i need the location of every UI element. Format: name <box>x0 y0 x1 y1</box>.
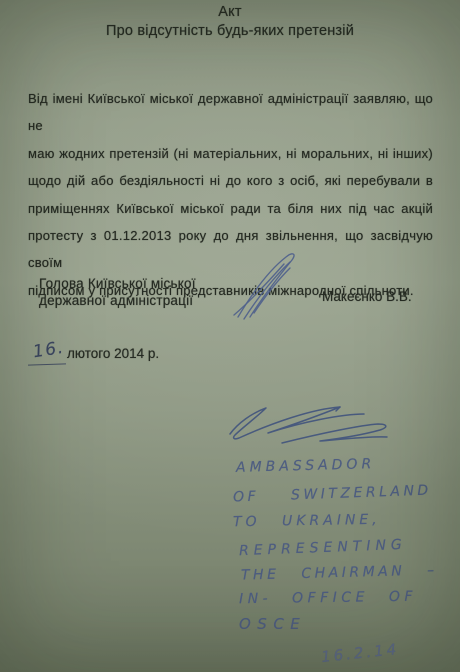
note-line: OF SWITZERLAND <box>233 483 432 506</box>
signatory-role-line-2: державної адміністрації <box>39 292 196 309</box>
body-line: маю жодних претензій (ні матеріальних, н… <box>28 140 433 167</box>
body-line: щодо дій або бездіяльності ні до кого з … <box>28 167 433 194</box>
handwritten-date: 16.2.14 <box>320 640 400 666</box>
note-line: THE CHAIRMAN – <box>241 562 438 583</box>
signature-ambassador <box>220 398 405 453</box>
note-line: REPRESENTING <box>239 537 407 559</box>
note-line: TO UKRAINE, <box>233 512 381 531</box>
signatory-role: Голова Київської міської державної адмін… <box>39 275 196 309</box>
signatory-name: Макеєнко В.В. <box>322 289 412 304</box>
date-printed: лютого 2014 р. <box>67 346 159 361</box>
body-line: Від імені Київської міської державної ад… <box>28 85 433 140</box>
title-line-2: Про відсутність будь-яких претензій <box>0 22 460 41</box>
document-title: Акт Про відсутність будь-яких претензій <box>0 3 460 40</box>
day-underline <box>28 363 66 365</box>
body-line: приміщеннях Київської міської ради та бі… <box>28 195 433 222</box>
signatory-role-line-1: Голова Київської міської <box>39 275 196 292</box>
document-photo: Акт Про відсутність будь-яких претензій … <box>0 0 460 672</box>
title-line-1: Акт <box>0 3 460 22</box>
handwritten-day: 16. <box>32 338 66 363</box>
note-line: OSCE <box>239 615 306 633</box>
note-line: AMBASSADOR <box>236 456 376 476</box>
signature-makeyenko <box>226 251 310 325</box>
note-line: IN- OFFICE OF <box>239 589 417 607</box>
